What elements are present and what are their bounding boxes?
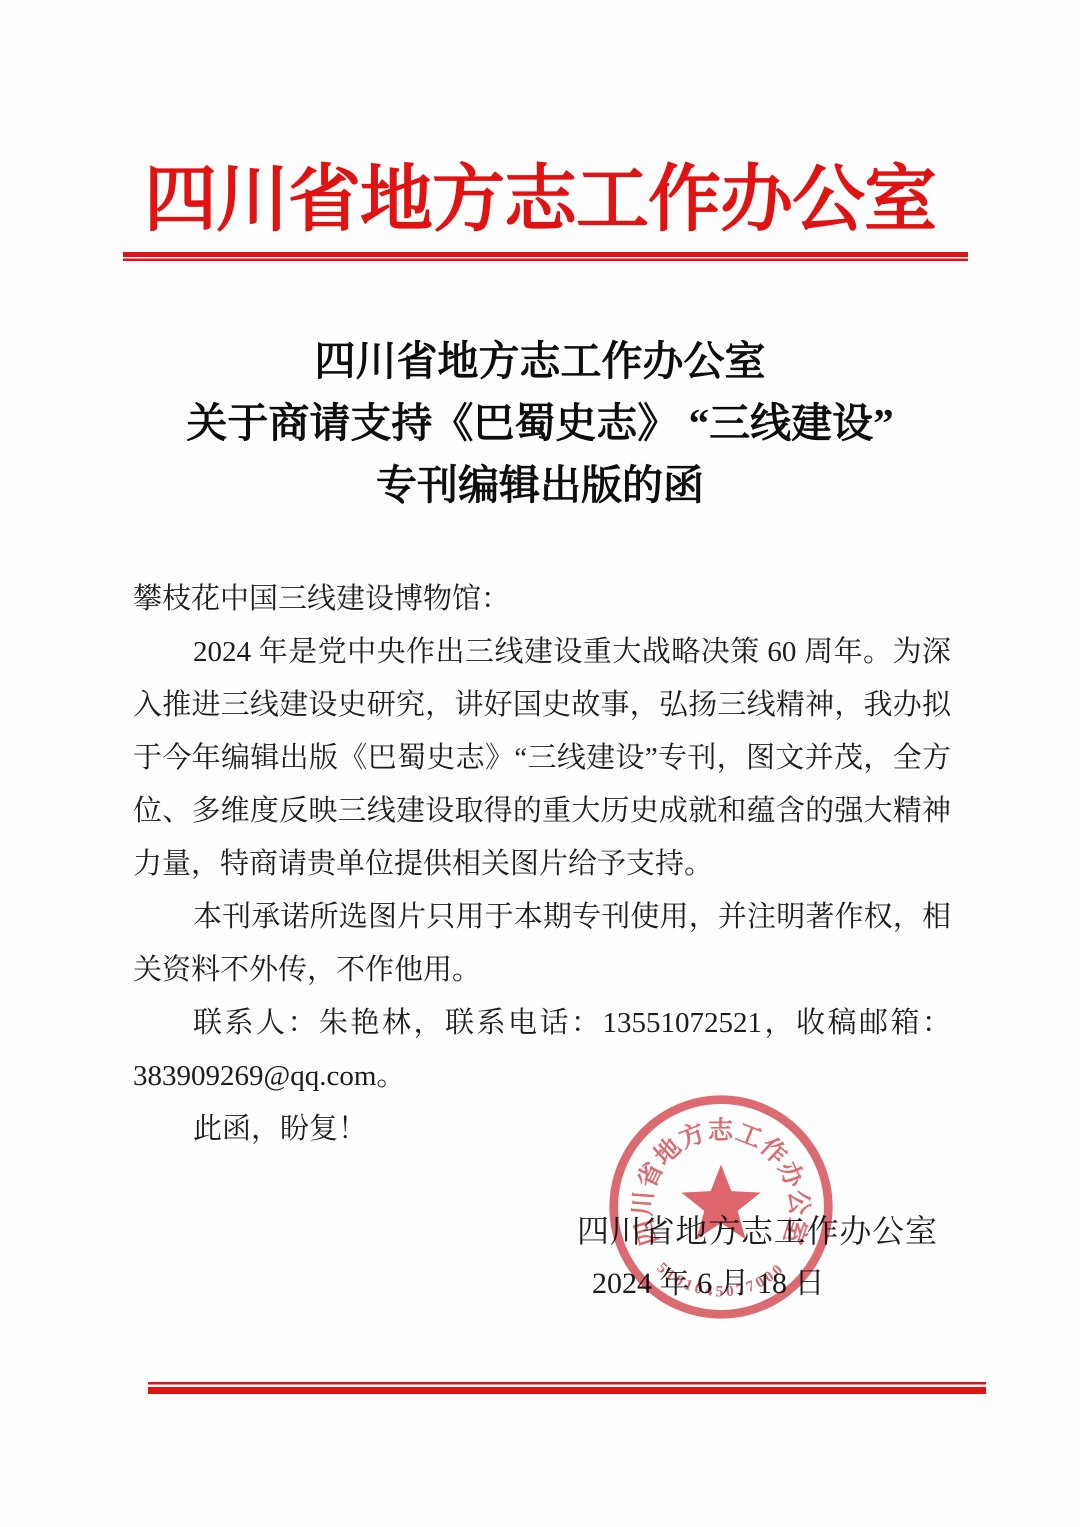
body-line: 于今年编辑出版《巴蜀史志》“三线建设”专刊，图文并茂，全方 <box>133 732 951 785</box>
body-line: 2024 年是党中央作出三线建设重大战略决策 60 周年。为深 <box>133 626 951 679</box>
document-title-line-2: 关于商请支持《巴蜀史志》 “三线建设” <box>0 392 1080 454</box>
contact-line: 联系人：朱艳林，联系电话：13551072521，收稿邮箱： <box>133 997 951 1050</box>
official-seal: 四川省地方志工作办公室 5101045077000 <box>605 1091 837 1323</box>
body-line: 力量，特商请贵单位提供相关图片给予支持。 <box>133 838 951 891</box>
document-page: 四川省地方志工作办公室 四川省地方志工作办公室 关于商请支持《巴蜀史志》 “三线… <box>0 0 1080 1527</box>
seal-code: 5101045077000 <box>653 1259 788 1300</box>
top-rule-divider <box>123 252 968 261</box>
bottom-rule-divider <box>148 1382 986 1394</box>
body-line: 本刊承诺所选图片只用于本期专刊使用，并注明著作权，相 <box>133 891 951 944</box>
body-line: 关资料不外传，不作他用。 <box>133 944 951 997</box>
seal-star-icon <box>681 1164 760 1239</box>
salutation-line: 攀枝花中国三线建设博物馆： <box>133 573 951 626</box>
letter-body: 攀枝花中国三线建设博物馆： 2024 年是党中央作出三线建设重大战略决策 60 … <box>133 573 951 1156</box>
body-line: 入推进三线建设史研究，讲好国史故事，弘扬三线精神，我办拟 <box>133 679 951 732</box>
document-title: 四川省地方志工作办公室 关于商请支持《巴蜀史志》 “三线建设” 专刊编辑出版的函 <box>0 330 1080 516</box>
document-title-line-3: 专刊编辑出版的函 <box>0 454 1080 516</box>
letterhead-title: 四川省地方志工作办公室 <box>0 152 1080 247</box>
body-line: 位、多维度反映三线建设取得的重大历史成就和蕴含的强大精神 <box>133 785 951 838</box>
document-title-line-1: 四川省地方志工作办公室 <box>0 330 1080 392</box>
